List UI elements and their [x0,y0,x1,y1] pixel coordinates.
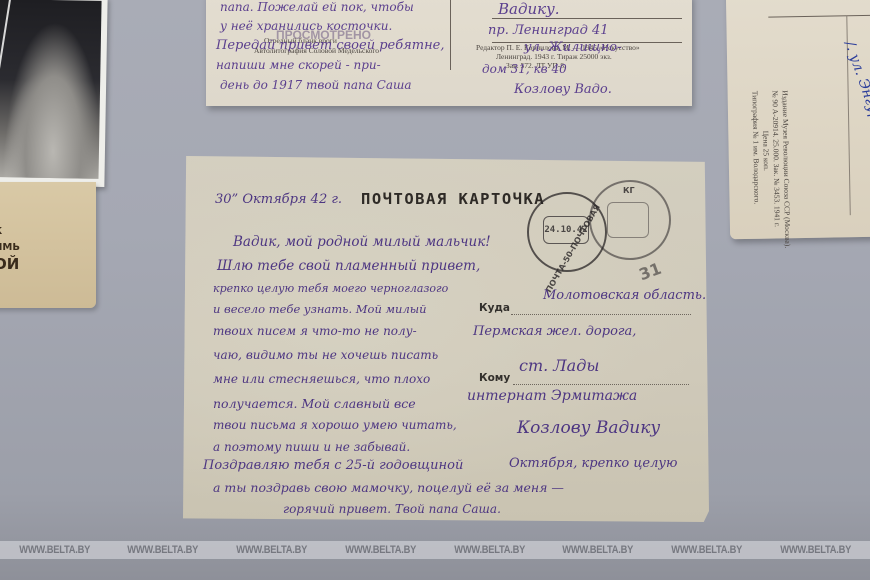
address-line-text: ул. Жилищно- [524,40,622,55]
handwritten-line: у неё хранились косточки. [220,19,392,33]
handwritten-line: напиши мне скорей - при- [216,58,381,72]
letter-line: мне или стесняешься, что плохо [213,372,430,386]
address-line-text: Вадику. [498,0,560,18]
print-fragment: К [0,224,20,240]
label-to-whom: Кому [479,372,510,384]
handwritten-line: папа. Пожелай ей пок, чтобы [220,0,414,14]
letter-line: Вадик, мой родной милый мальчик! [233,234,491,250]
print-fragment: ОЙ [0,256,20,272]
letter-line: чаю, видимо ты не хочешь писать [213,348,438,362]
watermark-text: WWW.BELTA.BY [671,544,742,556]
address-line: ст. Лады [519,356,599,375]
left-envelope-print: К ИМЬ ОЙ [0,224,20,272]
black-white-photograph [0,0,108,187]
letter-line: твои письма я хорошо умею читать, [213,418,457,432]
right-postcard: Издание Музея Революции Союза ССР (Москв… [726,0,870,239]
vertical-print-text: Издание Музея Революции Союза ССР (Москв… [750,90,793,249]
address-line: Пермская жел. дорога, [473,324,636,339]
main-postcard: 30” Октября 42 г. ПОЧТОВАЯ КАРТОЧКА 24.1… [183,156,709,522]
address-dotted-line [511,314,691,315]
letter-line: твоих писем я что-то не полу- [213,324,417,338]
address-line-text: пр. Ленинград 41 [488,23,609,38]
letter-line: крепко целую тебя моего черноглазого [213,282,448,295]
address-line: интернат Эрмитажа [467,388,637,404]
print-fragment: ИМЬ [0,240,20,256]
photo-image [0,0,102,179]
address-line: Молотовская область. [543,288,706,303]
letter-line: получается. Мой славный все [213,396,416,411]
postcard-title: ПОЧТОВАЯ КАРТОЧКА [361,190,545,208]
address-line-text: Козлову Вадо. [514,82,612,97]
handwritten-line: день до 1917 твой папа Саша [220,78,412,92]
letter-line: горячий привет. Твой папа Саша. [283,502,501,516]
postmark-ring-text: КГ [623,186,635,195]
divider-line [768,15,870,18]
vertical-handwriting: /. ул. Энгура. / [842,39,870,144]
postmark-frame [607,202,649,238]
left-envelope: К ИМЬ ОЙ [0,182,96,308]
label-to-where: Куда [479,302,510,314]
top-postcard: ПРОСМОТРЕНО Отредный бланк вроги Автолит… [206,0,692,106]
letter-line: Поздравляю тебя с 25-й годовщиной [203,458,463,473]
watermark-text: WWW.BELTA.BY [19,544,90,556]
watermark-text: WWW.BELTA.BY [128,544,199,556]
letter-line: а поэтому пиши и не забывай. [213,440,410,454]
watermark-text: WWW.BELTA.BY [563,544,634,556]
handwritten-line: Передай привет своей ребятне, [216,38,444,53]
address-line [492,18,682,19]
watermark-text: WWW.BELTA.BY [780,544,851,556]
address-line-text: дом 31, кв 40 [482,62,567,76]
watermark-bar: WWW.BELTA.BY WWW.BELTA.BY WWW.BELTA.BY W… [0,541,870,559]
divider-line [450,0,451,70]
watermark-text: WWW.BELTA.BY [345,544,416,556]
watermark-text: WWW.BELTA.BY [454,544,525,556]
letter-line: Шлю тебе свой пламенный привет, [217,258,480,274]
address-line: Октября, крепко целую [509,456,677,471]
address-dotted-line [513,384,689,385]
letter-line: а ты поздравь свою мамочку, поцелуй её з… [213,480,564,495]
watermark-text: WWW.BELTA.BY [236,544,307,556]
extra-mark: 31 [636,259,663,284]
date-handwritten: 30” Октября 42 г. [215,192,342,207]
postmark-stamp: КГ [589,180,671,260]
letter-line: и весело тебе узнать. Мой милый [213,302,427,316]
address-line: Козлову Вадику [517,418,660,438]
